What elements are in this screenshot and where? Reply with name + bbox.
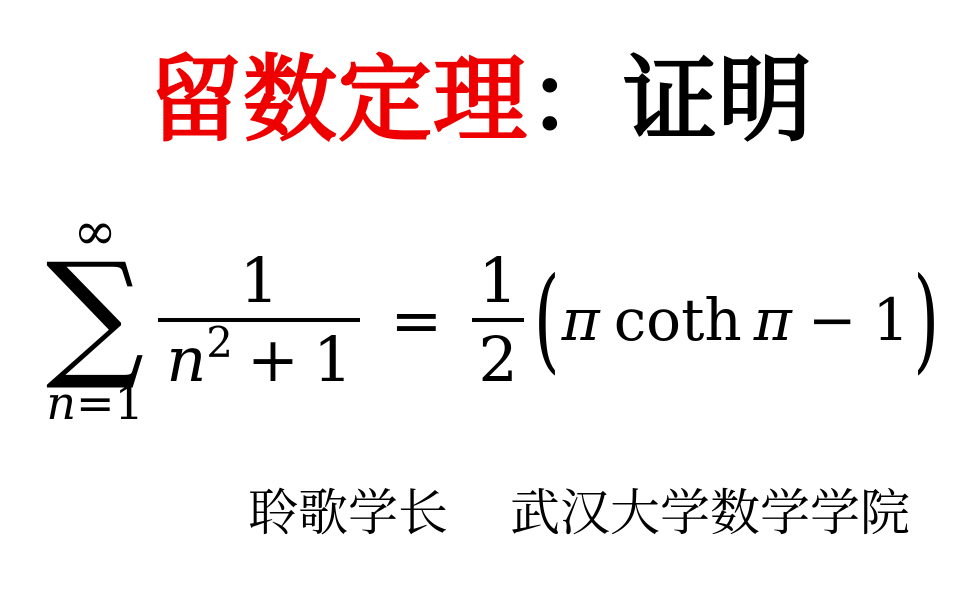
- affiliation: 武汉大学数学学院: [510, 486, 910, 541]
- pi-symbol: π: [562, 286, 600, 354]
- title-rest: 证明: [623, 49, 813, 153]
- coth-function: coth: [614, 286, 742, 354]
- equals-sign: =: [390, 284, 442, 357]
- title-highlight: 留数定理: [148, 49, 528, 153]
- rhs-numerator: 1: [472, 246, 523, 315]
- denominator-constant: 1: [313, 323, 352, 396]
- lower-limit-variable: n: [46, 376, 76, 430]
- page-title: 留数定理：证明: [0, 52, 961, 151]
- math-formula: ∞ ∑ n=1 1 n2+1 = 1 2 ( πcothπ−1 ): [0, 208, 961, 432]
- author-name: 聆歌学长: [248, 486, 448, 541]
- lower-limit-value: 1: [115, 376, 144, 430]
- sigma-symbol: ∑: [46, 251, 145, 378]
- lhs-denominator: n2+1: [158, 325, 360, 394]
- lhs-numerator: 1: [232, 246, 287, 315]
- fraction-one-half: 1 2: [472, 246, 523, 395]
- rhs-denominator: 2: [472, 325, 523, 394]
- constant-one: 1: [873, 286, 910, 354]
- left-paren: (: [534, 263, 560, 377]
- summation-symbol: ∞ ∑ n=1: [46, 214, 145, 426]
- plus-sign: +: [247, 323, 299, 396]
- paren-expression: πcothπ−1: [562, 291, 910, 349]
- denominator-variable: n: [166, 323, 206, 396]
- lower-limit-equals: =: [76, 376, 115, 430]
- video-cover: 留数定理：证明 ∞ ∑ n=1 1 n2+1 = 1 2 ( πcothπ−1 …: [0, 0, 961, 600]
- fraction-bar: [472, 318, 523, 322]
- minus-sign: −: [808, 286, 857, 354]
- summation-lower-limit: n=1: [46, 380, 143, 426]
- fraction-bar: [158, 318, 360, 322]
- pi-symbol: π: [754, 286, 792, 354]
- credits: 聆歌学长 武汉大学数学学院: [248, 486, 910, 541]
- right-paren: ): [913, 263, 939, 377]
- fraction-lhs: 1 n2+1: [158, 246, 360, 395]
- denominator-exponent: 2: [206, 318, 233, 367]
- title-separator: ：: [528, 49, 623, 153]
